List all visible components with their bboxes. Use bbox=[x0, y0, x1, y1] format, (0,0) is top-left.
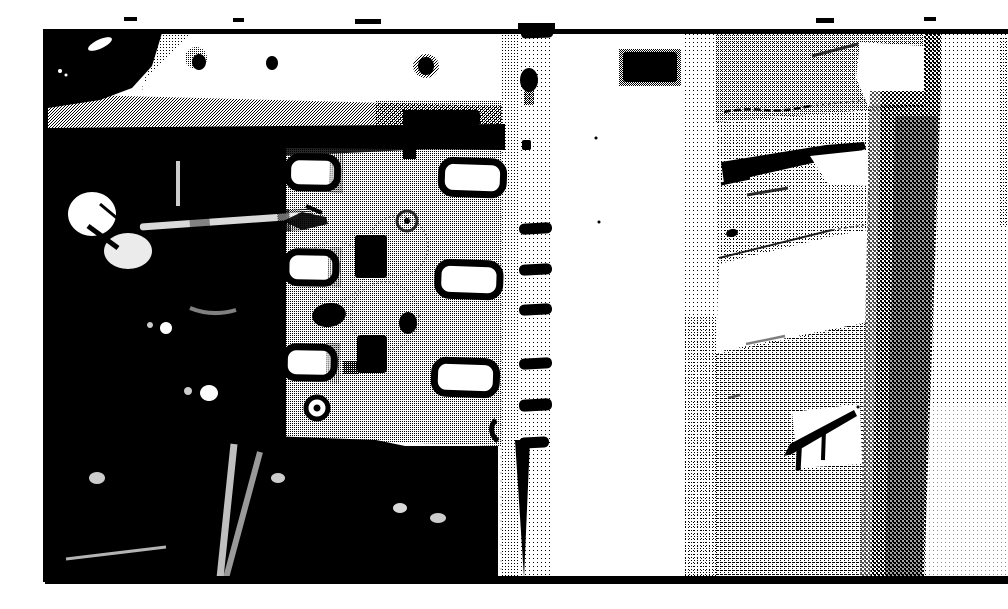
screw-hole bbox=[192, 54, 206, 70]
upper-bay-opening bbox=[623, 52, 677, 82]
halftone-photo-figure bbox=[40, 16, 1008, 593]
photo-canvas bbox=[40, 16, 1008, 593]
drive-cage bbox=[273, 100, 504, 446]
cage-square-hole bbox=[357, 335, 387, 373]
cage-oval-hole bbox=[399, 312, 417, 334]
white-glare-swath bbox=[552, 34, 685, 580]
cage-slots-left bbox=[284, 152, 344, 383]
screw-hole bbox=[266, 56, 278, 70]
bezel-edge-speckle bbox=[685, 316, 716, 580]
screw-hole bbox=[418, 57, 434, 75]
drive-front-bezel bbox=[716, 110, 870, 354]
case-front-panel bbox=[716, 322, 868, 580]
cage-square-hole bbox=[355, 235, 387, 278]
